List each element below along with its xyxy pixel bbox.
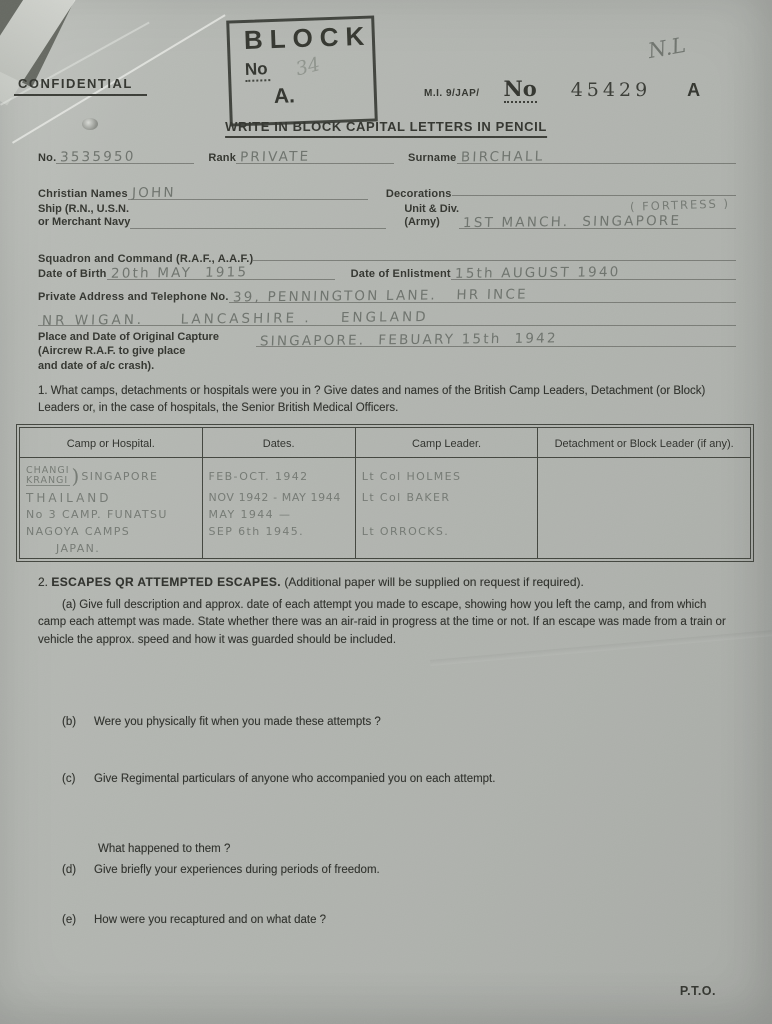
enlistment-value: 15th AUGUST 1940 <box>454 264 620 282</box>
header-camp-or-hospital: Camp or Hospital. <box>20 428 203 457</box>
question-2c: (c)Give Regimental particulars of anyone… <box>38 771 736 788</box>
date-of-birth-field: 20th MAY 1915 <box>107 264 335 280</box>
stamp-no-value-handwritten: 34 <box>293 53 322 80</box>
question-2d: (d)Give briefly your experiences during … <box>38 862 736 879</box>
dates-row-3: MAY 1944 — <box>209 508 292 521</box>
ship-field <box>130 213 386 229</box>
dates-row-4: SEP 6th 1945. <box>209 525 305 538</box>
dates-column: FEB-OCT. 1942 NOV 1942 - MAY 1944 MAY 19… <box>203 458 356 558</box>
capture-field: SINGAPORE. FEBUARY 15th 1942 <box>256 331 736 347</box>
service-number-value: 3535950 <box>60 149 136 166</box>
question-2b-text: Were you physically fit when you made th… <box>94 716 381 728</box>
margin-note-text: N.L <box>646 33 687 63</box>
address-value-line1: 39, PENNINGTON LANE. HR INCE <box>232 286 527 305</box>
address-field-line2: NR WIGAN. LANCASHIRE . ENGLAND <box>38 310 736 326</box>
question-2c-followup-text: What happened to them ? <box>98 843 230 855</box>
confidential-marking: CONFIDENTIAL <box>14 76 147 96</box>
rank-value: PRIVATE <box>240 149 311 166</box>
question-2-number: 2. <box>38 575 48 589</box>
christian-names-label: Christian Names <box>38 188 128 200</box>
field-row-address-2: NR WIGAN. LANCASHIRE . ENGLAND <box>38 310 736 326</box>
camp-column: CHANGI KRANGI ) SINGAPORE THAILAND No 3 … <box>20 458 203 558</box>
stamp-suffix: A. <box>273 82 374 109</box>
question-2-title: 2. ESCAPES QR ATTEMPTED ESCAPES. (Additi… <box>38 573 584 591</box>
question-2b: (b)Were you physically fit when you made… <box>38 714 736 731</box>
serial-number: 45429 <box>571 79 651 101</box>
question-2d-label: (d) <box>62 862 94 879</box>
unit-div-note: ( FORTRESS ) <box>630 197 730 214</box>
decorations-label: Decorations <box>386 188 452 200</box>
question-2c-text: Give Regimental particulars of anyone wh… <box>94 773 495 785</box>
ship-label: Ship (R.N., U.S.N. or Merchant Navy <box>38 203 130 229</box>
enlistment-label: Date of Enlistment <box>351 268 451 280</box>
field-row-address: Private Address and Telephone No. 39, PE… <box>38 287 736 303</box>
block-number-stamp: BLOCK No 34 A. <box>226 15 378 126</box>
series-letter: A <box>687 80 700 101</box>
question-2c-label: (c) <box>62 771 94 788</box>
capture-value: SINGAPORE. FEBUARY 15th 1942 <box>260 330 558 349</box>
capture-label: Place and Date of Original Capture (Airc… <box>38 330 256 373</box>
decorations-field <box>452 180 736 196</box>
capture-label-line1: Place and Date of Original Capture <box>38 331 219 343</box>
question-2-heading: ESCAPES QR ATTEMPTED ESCAPES. <box>51 575 281 589</box>
question-2-note: (Additional paper will be supplied on re… <box>284 575 584 589</box>
address-value-line2: NR WIGAN. LANCASHIRE . ENGLAND <box>42 309 429 329</box>
instruction-heading: WRITE IN BLOCK CAPITAL LETTERS IN PENCIL <box>225 119 547 138</box>
unit-div-field: ( FORTRESS ) 1ST MANCH. SINGAPORE <box>459 213 736 229</box>
surname-label: Surname <box>408 152 456 164</box>
scanned-form-page: N.L BLOCK No 34 A. CONFIDENTIAL M.I. 9/J… <box>0 0 772 1024</box>
ship-label-line1: Ship (R.N., U.S.N. <box>38 203 130 216</box>
detachment-leader-column <box>538 458 750 558</box>
camps-table: Camp or Hospital. Dates. Camp Leader. De… <box>16 424 754 562</box>
field-row-names-decorations: Christian Names JOHN Decorations <box>38 180 736 200</box>
header-dates: Dates. <box>203 428 356 457</box>
field-row-number-rank-surname: No. 3535950 Rank PRIVATE Surname BIRCHAL… <box>38 148 736 164</box>
question-1: 1. What camps, detachments or hospitals … <box>38 383 736 418</box>
mi9-label: M.I. 9/JAP/ <box>424 88 480 99</box>
date-of-birth-label: Date of Birth <box>38 268 107 280</box>
camp-krangi: KRANGI <box>26 476 70 487</box>
question-2b-label: (b) <box>62 714 94 731</box>
field-row-capture: Place and Date of Original Capture (Airc… <box>38 330 736 373</box>
question-2c-followup: What happened to them ? <box>38 841 736 858</box>
surname-value: BIRCHALL <box>460 149 544 166</box>
field-row-squadron: Squadron and Command (R.A.F., A.A.F.) <box>38 245 736 265</box>
dates-row-2: NOV 1942 - MAY 1944 <box>209 491 341 504</box>
unit-div-label-line1: Unit & Div. <box>404 203 459 216</box>
rank-label: Rank <box>208 152 236 164</box>
christian-names-field: JOHN <box>128 184 368 200</box>
squadron-field <box>253 245 736 261</box>
stamp-title: BLOCK <box>243 21 372 56</box>
question-2a: (a) Give full description and approx. da… <box>38 597 736 649</box>
camp-row-2: THAILAND <box>26 491 112 505</box>
capture-label-line2: (Aircrew R.A.F. to give place <box>38 345 185 357</box>
leader-column: Lt Col HOLMES Lt Col BAKER Lt ORROCKS. <box>356 458 539 558</box>
question-2a-text: Give full description and approx. date o… <box>38 599 726 646</box>
margin-pencil-note: N.L <box>648 36 686 60</box>
enlistment-field: 15th AUGUST 1940 <box>451 264 736 280</box>
question-2a-label: (a) <box>62 599 76 611</box>
question-2e: (e)How were you recaptured and on what d… <box>38 912 736 929</box>
page-turn-over-note: P.T.O. <box>680 984 716 998</box>
field-row-ship-unit: Ship (R.N., U.S.N. or Merchant Navy Unit… <box>38 203 736 229</box>
question-1-text: What camps, detachments or hospitals wer… <box>38 385 705 414</box>
dates-row-1: FEB-OCT. 1942 <box>209 470 309 483</box>
question-2d-text: Give briefly your experiences during per… <box>94 864 380 876</box>
header-camp-leader: Camp Leader. <box>356 428 539 457</box>
service-number-field: 3535950 <box>56 148 194 164</box>
surname-field: BIRCHALL <box>457 148 736 164</box>
stamp-no-label: No <box>245 59 270 82</box>
question-1-number: 1. <box>38 385 48 397</box>
question-2e-text: How were you recaptured and on what date… <box>94 914 326 926</box>
camps-table-header: Camp or Hospital. Dates. Camp Leader. De… <box>20 428 750 458</box>
unit-div-label: Unit & Div. (Army) <box>404 203 459 229</box>
form-reference: M.I. 9/JAP/ No 45429 A <box>424 76 700 103</box>
unit-div-label-line2: (Army) <box>404 216 459 229</box>
paper-mark <box>82 118 98 130</box>
header-detachment-leader: Detachment or Block Leader (if any). <box>538 428 750 457</box>
christian-names-value: JOHN <box>131 185 175 201</box>
unit-div-value: 1ST MANCH. SINGAPORE <box>463 213 682 231</box>
ship-label-line2: or Merchant Navy <box>38 216 130 229</box>
date-of-birth-value: 20th MAY 1915 <box>110 264 248 281</box>
rank-field: PRIVATE <box>236 148 394 164</box>
capture-label-line3: and date of a/c crash). <box>38 360 154 372</box>
address-field-line1: 39, PENNINGTON LANE. HR INCE <box>229 287 736 303</box>
question-2e-label: (e) <box>62 912 94 929</box>
serial-no-label: No <box>504 76 537 103</box>
camp-row-1: CHANGI KRANGI ) SINGAPORE <box>26 463 200 489</box>
service-number-label: No. <box>38 152 56 164</box>
camp-brace: ) <box>72 464 80 488</box>
camp-row-4: NAGOYA CAMPS <box>26 525 130 538</box>
address-label: Private Address and Telephone No. <box>38 291 229 303</box>
camp-row-3: No 3 CAMP. FUNATSU <box>26 508 168 521</box>
leader-row-1: Lt Col HOLMES <box>362 470 462 483</box>
camps-table-body: CHANGI KRANGI ) SINGAPORE THAILAND No 3 … <box>20 458 750 558</box>
leader-row-2: Lt Col BAKER <box>362 491 451 504</box>
camp-singapore: SINGAPORE <box>81 470 158 483</box>
field-row-dob-enlistment: Date of Birth 20th MAY 1915 Date of Enli… <box>38 264 736 280</box>
leader-row-3: Lt ORROCKS. <box>362 525 449 538</box>
camp-row-5: JAPAN. <box>56 542 100 555</box>
